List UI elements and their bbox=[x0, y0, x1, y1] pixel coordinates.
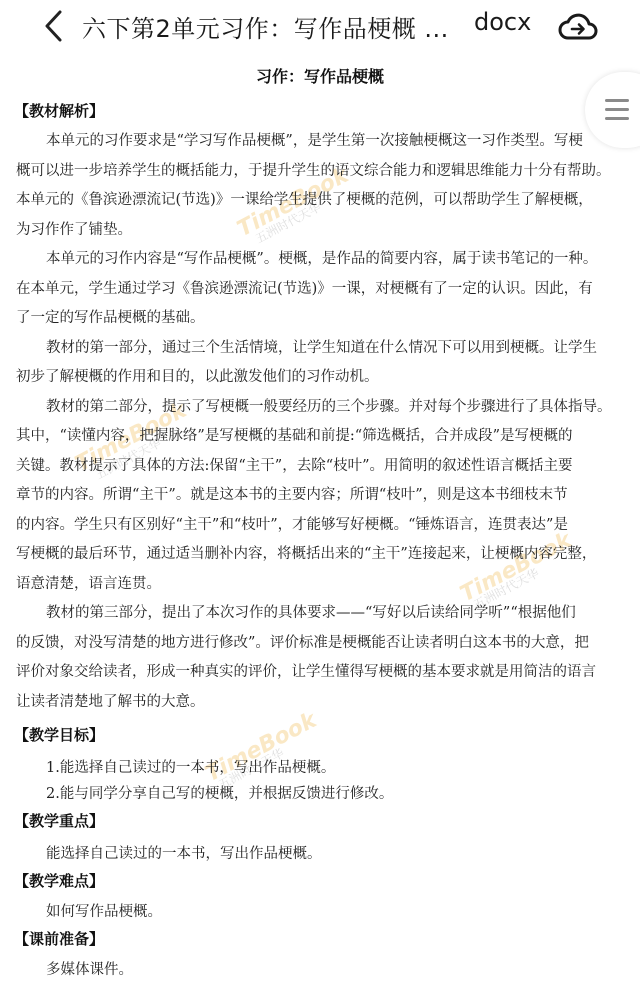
paragraph-line: 本单元的习作要求是“学习写作品梗概”，是学生第一次接触梗概这一习作类型。写梗 bbox=[46, 129, 583, 150]
paragraph-line: 概可以进一步培养学生的概括能力，于提升学生的语文综合能力和逻辑思维能力十分有帮助… bbox=[16, 159, 611, 180]
file-extension: docx bbox=[474, 8, 531, 36]
paragraph-line: 本单元的习作内容是“写作品梗概”。梗概，是作品的简要内容，属于读书笔记的一种。 bbox=[46, 247, 597, 268]
goal-item: 1.能选择自己读过的一本书，写出作品梗概。 bbox=[46, 756, 335, 777]
paragraph-line: 教材的第一部分，通过三个生活情境，让学生知道在什么情况下可以用到梗概。让学生 bbox=[46, 336, 597, 357]
section-heading-analysis: 【教材解析】 bbox=[14, 100, 104, 121]
paragraph-line: 评价对象交给读者，形成一种真实的评价，让学生懂得写梗概的基本要求就是用简洁的语言 bbox=[16, 660, 596, 681]
paragraph-line: 让读者清楚地了解书的大意。 bbox=[16, 690, 205, 711]
paragraph-line: 教材的第三部分，提出了本次习作的具体要求——“写好以后读给同学听”“根据他们 bbox=[46, 601, 576, 622]
section-heading-preparation: 【课前准备】 bbox=[14, 928, 104, 949]
section-heading-difficulties: 【教学难点】 bbox=[14, 870, 104, 891]
section-heading-goals: 【教学目标】 bbox=[14, 724, 104, 745]
goal-item: 2.能与同学分享自己写的梗概，并根据反馈进行修改。 bbox=[46, 782, 393, 803]
chevron-left-icon[interactable] bbox=[40, 9, 70, 43]
preparation-text: 多媒体课件。 bbox=[46, 958, 133, 979]
document-title: 六下第2单元习作：写作品梗概 ... bbox=[82, 9, 449, 44]
page-title: 习作：写作品梗概 bbox=[0, 64, 640, 87]
paragraph-line: 其中，“读懂内容，把握脉络”是写梗概的基础和前提:“筛选概括，合并成段”是写梗概… bbox=[16, 424, 573, 445]
difficulties-text: 如何写作品梗概。 bbox=[46, 900, 162, 921]
watermark-logo: TimeBook bbox=[456, 528, 575, 607]
section-heading-key-points: 【教学重点】 bbox=[14, 810, 104, 831]
paragraph-line: 教材的第二部分，提示了写梗概一般要经历的三个步骤。并对每个步骤进行了具体指导。 bbox=[46, 395, 612, 416]
paragraph-line: 的内容。学生只有区别好“主干”和“枝叶”，才能够写好梗概。“锤炼语言，连贯表达”… bbox=[16, 513, 568, 534]
paragraph-line: 语意清楚，语言连贯。 bbox=[16, 572, 161, 593]
paragraph-line: 的反馈，对没写清楚的地方进行修改”。评价标准是梗概能否让读者明白这本书的大意，把 bbox=[16, 631, 589, 652]
paragraph-line: 本单元的《鲁滨逊漂流记(节选)》一课给学生提供了梗概的范例，可以帮助学生了解梗概… bbox=[16, 188, 593, 209]
paragraph-line: 初步了解梗概的作用和目的，以此激发他们的习作动机。 bbox=[16, 365, 379, 386]
paragraph-line: 了一定的写作品梗概的基础。 bbox=[16, 306, 205, 327]
paragraph-line: 为习作作了铺垫。 bbox=[16, 218, 132, 239]
paragraph-line: 在本单元，学生通过学习《鲁滨逊漂流记(节选)》一课，对梗概有了一定的认识。因此，… bbox=[16, 277, 593, 298]
key-points-text: 能选择自己读过的一本书，写出作品梗概。 bbox=[46, 842, 322, 863]
paragraph-line: 写梗概的最后环节，通过适当删补内容，将概括出来的“主干”连接起来，让梗概内容完整… bbox=[16, 542, 596, 563]
paragraph-line: 章节的内容。所谓“主干”。就是这本书的主要内容；所谓“枝叶”，则是这本书细枝末节 bbox=[16, 483, 568, 504]
top-bar: 六下第2单元习作：写作品梗概 ... docx bbox=[0, 0, 640, 52]
cloud-upload-icon[interactable] bbox=[558, 8, 598, 44]
paragraph-line: 关键。教材提示了具体的方法:保留“主干”，去除“枝叶”。用简明的叙述性语言概括主… bbox=[16, 454, 573, 475]
